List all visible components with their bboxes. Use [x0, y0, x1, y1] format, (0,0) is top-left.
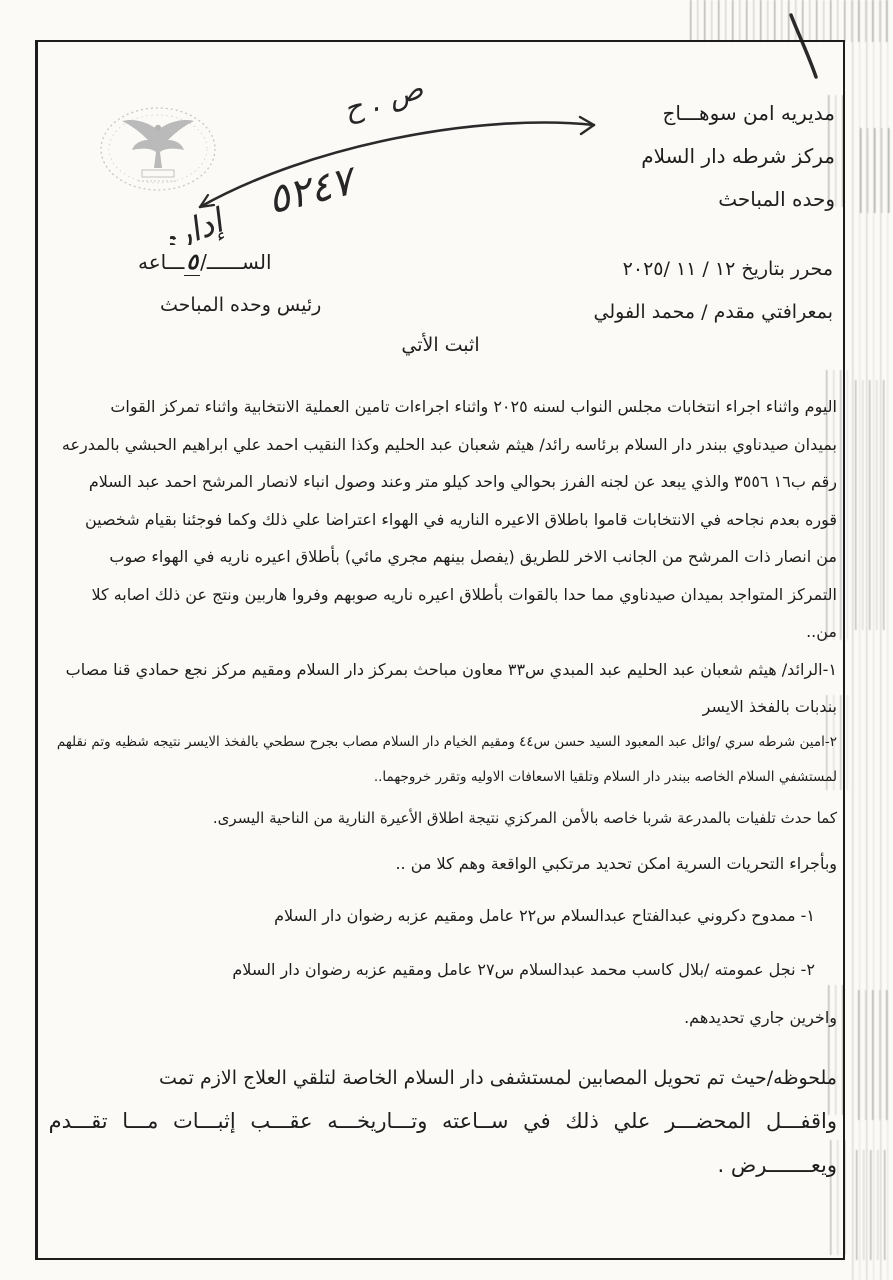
suspect-item-1: ١- ممدوح دكروني عبدالفتاح عبدالسلام س٢٢ … — [46, 901, 837, 931]
casualty-1-line-2: بندبات بالفخذ الايسر — [46, 688, 837, 725]
recording-officer-line: بمعرافتي مقدم / محمد الفولي — [594, 291, 833, 334]
scan-noise-streak — [855, 380, 890, 630]
scan-noise-streak — [860, 128, 893, 213]
investigation-result-line: وبأجراء التحريات السرية امكن تحديد مرتكب… — [46, 849, 837, 879]
remark-line: ملحوظه/حيث تم تحويل المصابين لمستشفى دار… — [46, 1061, 837, 1095]
narrative-line-1: اليوم واثناء اجراء انتخابات مجلس النواب … — [46, 388, 837, 426]
letterhead: مديريه امن سوهـــاج مركز شرطه دار السلام… — [641, 92, 835, 221]
record-date-line: محرر بتاريخ ١٢ / ١١ /٢٠٢٥ — [594, 248, 833, 291]
hour-prefix: الســــــ/ — [200, 250, 271, 274]
scan-noise-streak — [856, 1150, 891, 1260]
casualty-item-1: ١-الرائد/ هيثم شعبان عبد الحليم عبد المب… — [46, 651, 837, 725]
scan-noise-streak — [858, 990, 891, 1120]
narrative-line-3: رقم ب١٦ ٣٥٥٦ والذي يبعد عن لجنه الفرز بح… — [46, 463, 837, 501]
scan-noise-streak — [852, 0, 893, 1280]
closing-line-2: ويعـــــــرض . — [46, 1147, 837, 1183]
others-pending-line: واخرين جاري تحديدهم. — [46, 1003, 837, 1033]
narrative-line-2: بميدان صيدناوي ببندر دار السلام برئاسه ر… — [46, 426, 837, 464]
scan-noise-streak — [690, 0, 893, 42]
casualty-item-2: ٢-امين شرطه سري /وائل عبد المعبود السيد … — [46, 725, 837, 795]
document-frame: مديريه امن سوهـــاج مركز شرطه دار السلام… — [35, 40, 845, 1260]
narrative-line-4: قوره بعدم نجاحه في الانتخابات قاموا باطل… — [46, 501, 837, 539]
casualty-1-line-1: ١-الرائد/ هيثم شعبان عبد الحليم عبد المب… — [46, 651, 837, 688]
narrative-line-7: من.. — [46, 613, 837, 651]
vehicle-damage-line: كما حدث تلفيات بالمدرعة شربا خاصه بالأمن… — [46, 803, 837, 833]
casualty-2-line-1: ٢-امين شرطه سري /وائل عبد المعبود السيد … — [46, 725, 837, 760]
scanned-police-report-page: { "header": { "directorate": "مديريه امن… — [0, 0, 893, 1280]
closing-line-1: واقفـــل المحضـــر علي ذلك في ســاعته وت… — [46, 1103, 837, 1139]
chief-title-line: رئيس وحده المباحث — [160, 294, 321, 316]
handwritten-hour-value: ٥ — [184, 250, 200, 276]
narrative-paragraph: اليوم واثناء اجراء انتخابات مجلس النواب … — [46, 388, 837, 651]
directorate-name: مديريه امن سوهـــاج — [641, 92, 835, 135]
unit-name: وحده المباحث — [641, 178, 835, 221]
casualty-2-line-2: لمستشفي السلام الخاصه ببندر دار السلام و… — [46, 760, 837, 795]
suspect-item-2: ٢- نجل عمومته /بلال كاسب محمد عبدالسلام … — [46, 955, 837, 985]
subject-heading: اثبت الأتي — [38, 334, 843, 356]
report-body: اليوم واثناء اجراء انتخابات مجلس النواب … — [46, 388, 837, 1183]
interior-ministry-eagle-emblem-icon — [96, 94, 220, 204]
narrative-line-5: من انصار ذات المرشح من الجانب الاخر للطر… — [46, 538, 837, 576]
station-name: مركز شرطه دار السلام — [641, 135, 835, 178]
hour-suffix: ـــاعه — [138, 250, 184, 274]
hour-line: الســــــ/٥ـــاعه — [138, 250, 272, 275]
narrative-line-6: التمركز المتواجد بميدان صيدناوي مما حدا … — [46, 576, 837, 614]
record-meta: محرر بتاريخ ١٢ / ١١ /٢٠٢٥ بمعرافتي مقدم … — [594, 248, 833, 334]
